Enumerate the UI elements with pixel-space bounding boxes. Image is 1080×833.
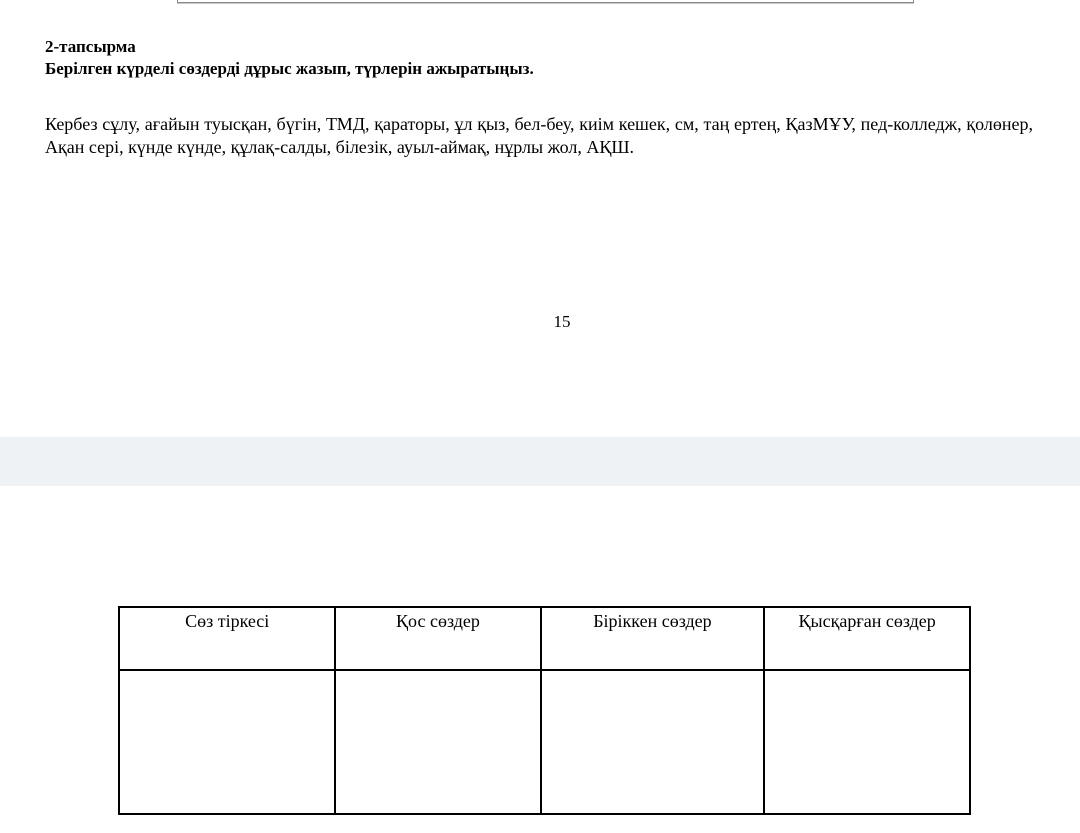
header-qos-sozder: Қос сөздер — [335, 607, 540, 670]
table-header-row: Сөз тіркесі Қос сөздер Біріккен сөздер Қ… — [119, 607, 970, 670]
page-separator — [0, 437, 1080, 486]
task-instruction: Берілген күрделі сөздерді дұрыс жазып, т… — [45, 59, 534, 79]
exercise-text: Кербез сұлу, ағайын туысқан, бүгін, ТМД,… — [45, 113, 1033, 159]
previous-page-box — [177, 0, 914, 3]
answer-table: Сөз тіркесі Қос сөздер Біріккен сөздер Қ… — [118, 606, 971, 815]
header-soz-tirkesi: Сөз тіркесі — [119, 607, 335, 670]
table-cell[interactable] — [119, 670, 335, 814]
task-number: 2-тапсырма — [45, 37, 136, 57]
header-birikken-sozder: Біріккен сөздер — [541, 607, 765, 670]
header-qysqargan-sozder: Қысқарған сөздер — [764, 607, 970, 670]
table-cell[interactable] — [541, 670, 765, 814]
table-cell[interactable] — [764, 670, 970, 814]
table-cell[interactable] — [335, 670, 540, 814]
page-number: 15 — [0, 312, 1080, 332]
table-row — [119, 670, 970, 814]
